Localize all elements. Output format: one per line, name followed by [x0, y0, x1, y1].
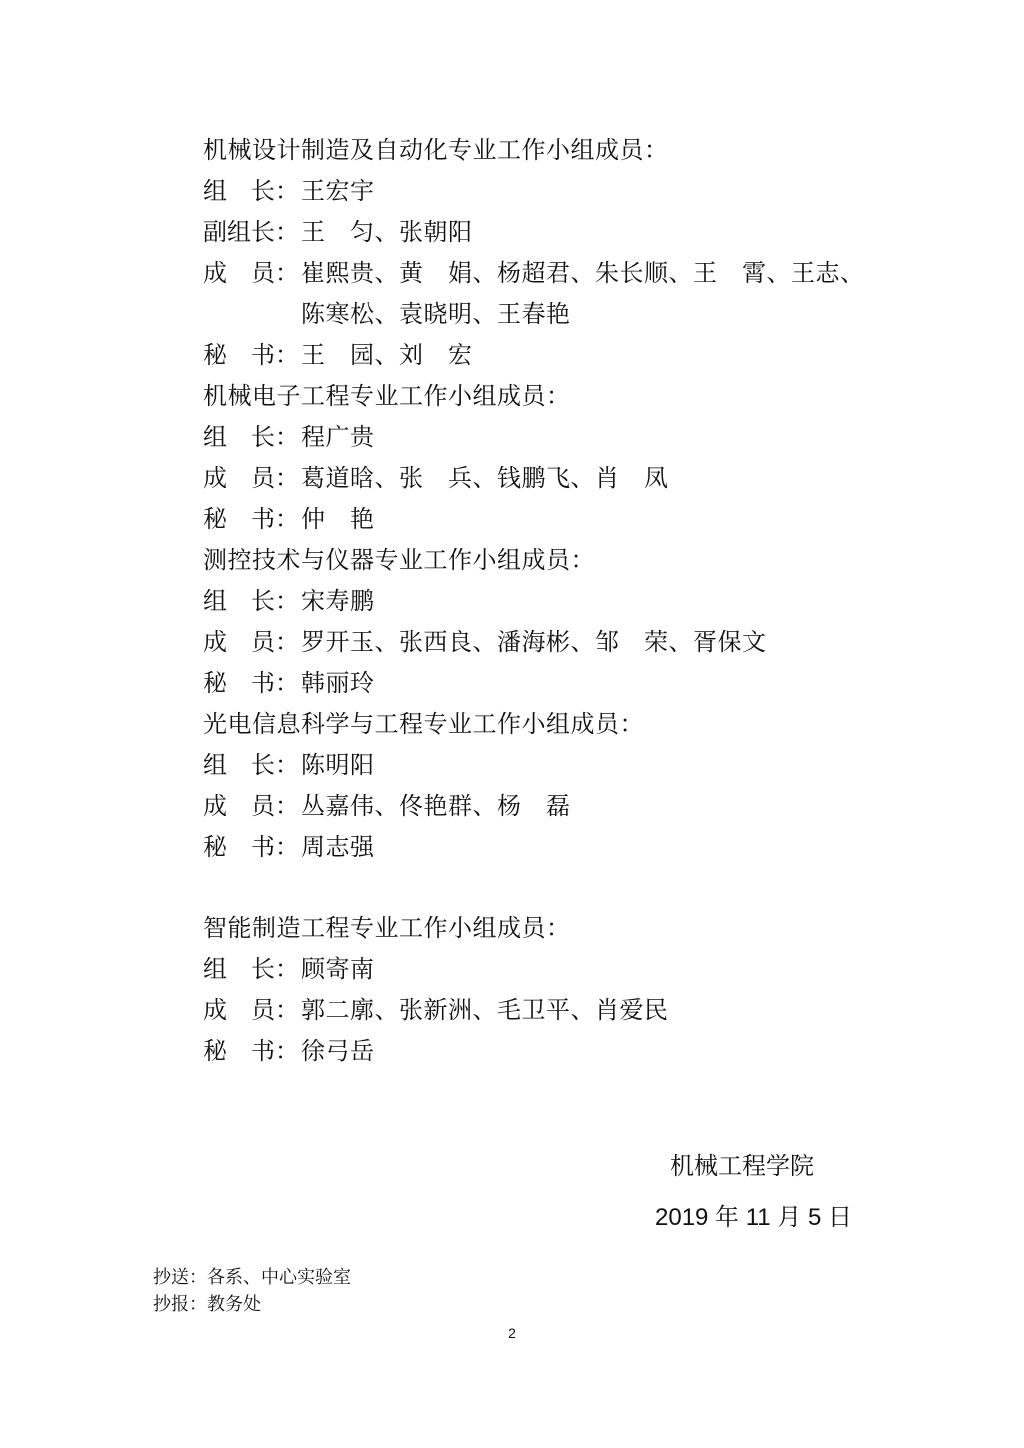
row-value: 陈明阳 [301, 745, 883, 786]
section-spacer [203, 868, 883, 908]
row-label: 秘 书： [203, 1031, 301, 1072]
section-title: 机械电子工程专业工作小组成员： [203, 376, 883, 417]
row-leader: 组 长： 宋寿鹏 [203, 581, 883, 622]
section-title: 测控技术与仪器专业工作小组成员： [203, 540, 883, 581]
section-title: 智能制造工程专业工作小组成员： [203, 908, 883, 949]
document-body: 机械设计制造及自动化专业工作小组成员： 组 长： 王宏宇 副组长： 王 匀、张朝… [203, 130, 883, 1072]
row-label: 成 员： [203, 458, 301, 499]
section-mechanical-design: 机械设计制造及自动化专业工作小组成员： 组 长： 王宏宇 副组长： 王 匀、张朝… [203, 130, 883, 376]
section-intelligent-manufacturing: 智能制造工程专业工作小组成员： 组 长： 顾寄南 成 员： 郭二廓、张新洲、毛卫… [203, 908, 883, 1072]
row-leader: 组 长： 程广贵 [203, 417, 883, 458]
row-label: 组 长： [203, 581, 301, 622]
row-label: 副组长： [203, 212, 301, 253]
row-secretary: 秘 书： 王 园、刘 宏 [203, 335, 883, 376]
row-label: 成 员： [203, 990, 301, 1031]
row-value: 仲 艳 [301, 499, 883, 540]
copy-to-line: 抄送：各系、中心实验室 [153, 1264, 351, 1291]
row-members: 成 员： 罗开玉、张西良、潘海彬、邹 荣、胥保文 [203, 622, 883, 663]
document-page: 机械设计制造及自动化专业工作小组成员： 组 长： 王宏宇 副组长： 王 匀、张朝… [0, 0, 1024, 1448]
row-value: 顾寄南 [301, 949, 883, 990]
row-label: 成 员： [203, 622, 301, 663]
row-leader: 组 长： 王宏宇 [203, 171, 883, 212]
page-number: 2 [0, 1323, 1024, 1343]
row-value: 徐弓岳 [301, 1031, 883, 1072]
row-label: 秘 书： [203, 827, 301, 868]
row-value: 宋寿鹏 [301, 581, 883, 622]
signature-date: 2019 年 11 月 5 日 [655, 1198, 852, 1238]
row-value: 王 园、刘 宏 [301, 335, 883, 376]
row-value: 程广贵 [301, 417, 883, 458]
row-value: 周志强 [301, 827, 883, 868]
row-value: 郭二廓、张新洲、毛卫平、肖爱民 [301, 990, 883, 1031]
row-label: 秘 书： [203, 499, 301, 540]
row-members: 成 员： 崔熙贵、黄 娟、杨超君、朱长顺、王 霄、王志、陈寒松、袁晓明、王春艳 [203, 253, 883, 335]
row-members: 成 员： 郭二廓、张新洲、毛卫平、肖爱民 [203, 990, 883, 1031]
row-leader: 组 长： 陈明阳 [203, 745, 883, 786]
row-label: 秘 书： [203, 663, 301, 704]
row-secretary: 秘 书： 徐弓岳 [203, 1031, 883, 1072]
section-measurement-control: 测控技术与仪器专业工作小组成员： 组 长： 宋寿鹏 成 员： 罗开玉、张西良、潘… [203, 540, 883, 704]
section-title: 机械设计制造及自动化专业工作小组成员： [203, 130, 883, 171]
row-members: 成 员： 丛嘉伟、佟艳群、杨 磊 [203, 786, 883, 827]
row-value: 韩丽玲 [301, 663, 883, 704]
signature-organization: 机械工程学院 [670, 1146, 814, 1186]
row-secretary: 秘 书： 周志强 [203, 827, 883, 868]
row-label: 组 长： [203, 171, 301, 212]
row-value: 罗开玉、张西良、潘海彬、邹 荣、胥保文 [301, 622, 883, 663]
row-members: 成 员： 葛道晗、张 兵、钱鹏飞、肖 凤 [203, 458, 883, 499]
report-to-line: 抄报：教务处 [153, 1291, 261, 1318]
section-optoelectronics: 光电信息科学与工程专业工作小组成员： 组 长： 陈明阳 成 员： 丛嘉伟、佟艳群… [203, 704, 883, 868]
row-secretary: 秘 书： 仲 艳 [203, 499, 883, 540]
row-leader: 组 长： 顾寄南 [203, 949, 883, 990]
row-value: 王 匀、张朝阳 [301, 212, 883, 253]
row-value: 崔熙贵、黄 娟、杨超君、朱长顺、王 霄、王志、陈寒松、袁晓明、王春艳 [301, 253, 883, 335]
row-label: 组 长： [203, 949, 301, 990]
section-mechatronics: 机械电子工程专业工作小组成员： 组 长： 程广贵 成 员： 葛道晗、张 兵、钱鹏… [203, 376, 883, 540]
row-value: 丛嘉伟、佟艳群、杨 磊 [301, 786, 883, 827]
row-label: 成 员： [203, 786, 301, 827]
section-title: 光电信息科学与工程专业工作小组成员： [203, 704, 883, 745]
row-value: 王宏宇 [301, 171, 883, 212]
row-label: 成 员： [203, 253, 301, 335]
row-label: 秘 书： [203, 335, 301, 376]
row-value: 葛道晗、张 兵、钱鹏飞、肖 凤 [301, 458, 883, 499]
row-deputy-leader: 副组长： 王 匀、张朝阳 [203, 212, 883, 253]
row-label: 组 长： [203, 417, 301, 458]
row-secretary: 秘 书： 韩丽玲 [203, 663, 883, 704]
row-label: 组 长： [203, 745, 301, 786]
